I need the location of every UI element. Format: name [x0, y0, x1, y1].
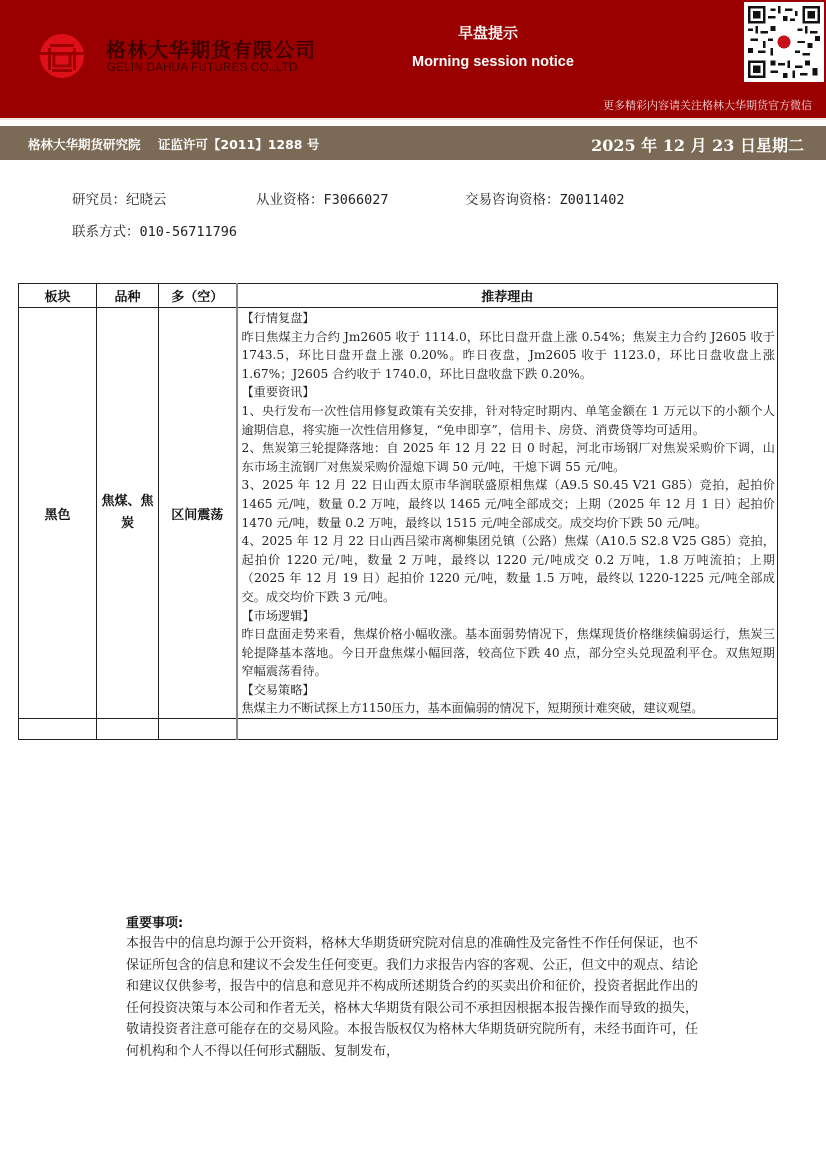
disclaimer-title: 重要事项:: [126, 912, 698, 931]
header-banner: 格林大华期货有限公司 GELIN DAHUA FUTURES CO.,LTD. …: [0, 0, 826, 118]
report-title-cn: 早盘提示: [458, 22, 518, 43]
news-item-2: 2、焦炭第三轮提降落地：自 2025 年 12 月 22 日 0 时起，河北市场…: [242, 439, 776, 476]
cell-direction: 区间震荡: [159, 308, 237, 719]
contact-phone: 联系方式：010-56711796: [72, 220, 237, 240]
report-date: 2025 年 12 月 23 日星期二: [591, 133, 804, 156]
section-heading-key-news: 【重要资讯】: [242, 383, 776, 402]
news-item-1: 1、央行发布一次性信用修复政策有关安排，针对特定时期内、单笔金额在 1 万元以下…: [242, 402, 776, 439]
table-row-empty: [19, 719, 778, 740]
strategy-text: 焦煤主力不断试探上方1150压力，基本面偏弱的情况下，短期预计难突破，建议观望。: [242, 699, 776, 718]
disclaimer: 重要事项: 本报告中的信息均源于公开资料，格林大华期货研究院对信息的准确性及完备…: [126, 912, 698, 1062]
company-name-en: GELIN DAHUA FUTURES CO.,LTD.: [107, 62, 301, 74]
cell-variety: 焦煤、焦炭: [97, 308, 159, 719]
cell-reason: 【行情复盘】 昨日焦煤主力合约 Jm2605 收于 1114.0，环比日盘开盘上…: [237, 308, 778, 719]
disclaimer-body: 本报告中的信息均源于公开资料，格林大华期货研究院对信息的准确性及完备性不作任何保…: [126, 933, 698, 1062]
banner-divider: [0, 118, 826, 120]
consulting-qualification: 交易咨询资格：Z0011402: [465, 188, 625, 208]
practitioner-qualification: 从业资格：F3066027: [256, 188, 389, 208]
market-logic-text: 昨日盘面走势来看，焦煤价格小幅收涨。基本面弱势情况下，焦煤现货价格继续偏弱运行，…: [242, 625, 776, 681]
table-header-row: 板块 品种 多（空） 推荐理由: [19, 284, 778, 308]
company-logo-icon: [34, 32, 90, 80]
header-variety: 品种: [97, 284, 159, 308]
section-heading-strategy: 【交易策略】: [242, 681, 776, 700]
news-item-4: 4、2025 年 12 月 22 日山西吕梁市离柳集团兑镇（公路）焦煤（A10.…: [242, 532, 776, 606]
section-heading-market-review: 【行情复盘】: [242, 309, 776, 328]
section-heading-market-logic: 【市场逻辑】: [242, 607, 776, 626]
report-title-en: Morning session notice: [412, 54, 574, 70]
company-name-cn: 格林大华期货有限公司: [106, 34, 316, 63]
header-sector: 板块: [19, 284, 97, 308]
wechat-qr-code-icon: [744, 2, 824, 82]
cell-sector: 黑色: [19, 308, 97, 719]
header-reason: 推荐理由: [237, 284, 778, 308]
institute-band: 格林大华期货研究院 证监许可【2011】1288 号 2025 年 12 月 2…: [0, 126, 826, 160]
news-item-3: 3、2025 年 12 月 22 日山西太原市华润联盛原相焦煤（A9.5 S0.…: [242, 476, 776, 532]
institute-license: 格林大华期货研究院 证监许可【2011】1288 号: [28, 135, 319, 153]
researcher-name: 研究员：纪晓云: [72, 188, 167, 208]
market-review-text: 昨日焦煤主力合约 Jm2605 收于 1114.0，环比日盘开盘上涨 0.54%…: [242, 328, 776, 384]
table-row: 黑色 焦煤、焦炭 区间震荡 【行情复盘】 昨日焦煤主力合约 Jm2605 收于 …: [19, 308, 778, 719]
recommendation-table: 板块 品种 多（空） 推荐理由 黑色 焦煤、焦炭 区间震荡 【行情复盘】 昨日焦…: [18, 283, 778, 740]
header-direction: 多（空）: [159, 284, 237, 308]
wechat-follow-note: 更多精彩内容请关注格林大华期货官方微信: [603, 97, 812, 113]
